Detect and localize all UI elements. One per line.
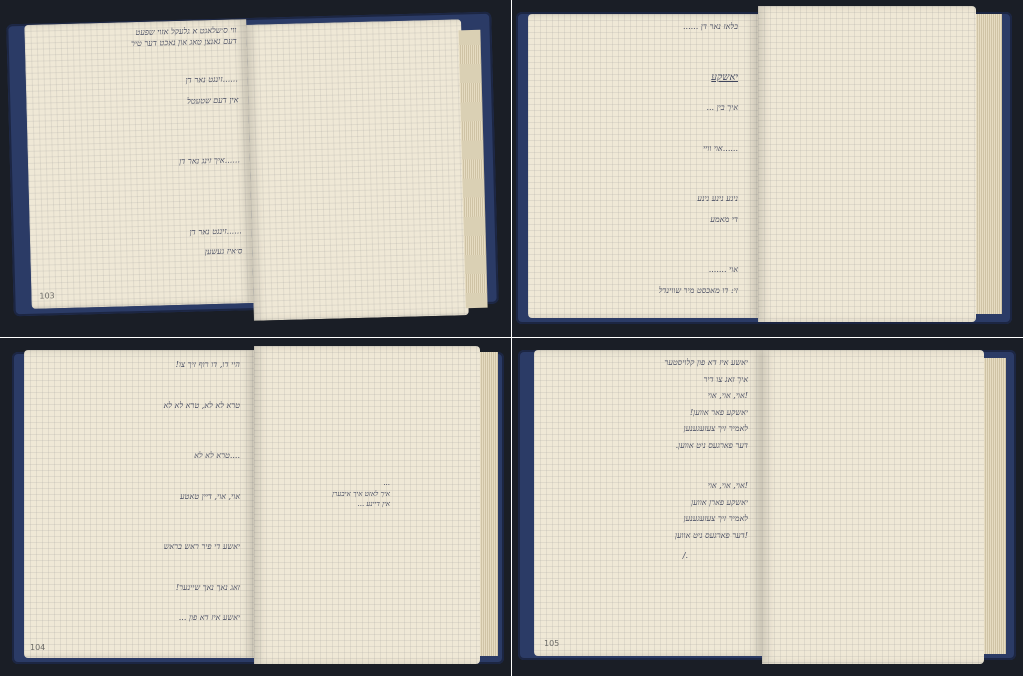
page-number: 103 xyxy=(39,291,55,300)
page-edges xyxy=(480,352,498,656)
photo-bottom-right: יאשע איז דא פון קלויסטער איך זאג צו דיר … xyxy=(512,338,1024,677)
photo-bottom-left: היי דו, דו רוף זיך צו! טרא לא לא, טרא לא… xyxy=(0,338,512,677)
notebook-right-page xyxy=(246,19,469,321)
notebook-left-page: בלאז נאר דן ...... יאשקע איך בין ... ...… xyxy=(528,14,758,318)
notebook-left-page: היי דו, דו רוף זיך צו! טרא לא לא, טרא לא… xyxy=(24,350,254,658)
photo-top-left: ווי ס׳שלאגט א גלעקל אזוי שפעט דעם גאנצן … xyxy=(0,0,512,338)
handwritten-text: ווי ס׳שלאגט א גלעקל אזוי שפעט דעם גאנצן … xyxy=(131,25,243,259)
handwritten-text: היי דו, דו רוף זיך צו! טרא לא לא, טרא לא… xyxy=(163,360,240,624)
photo-top-right: בלאז נאר דן ...... יאשקע איך בין ... ...… xyxy=(512,0,1024,338)
notebook-right-page xyxy=(762,350,984,664)
page-number: 105 xyxy=(544,639,559,648)
handwritten-text: ... איך לאזט איך איבערן אין דיינע ... xyxy=(332,478,390,510)
handwritten-text: בלאז נאר דן ...... יאשקע איך בין ... ...… xyxy=(659,22,738,296)
photo-collage: ווי ס׳שלאגט א גלעקל אזוי שפעט דעם גאנצן … xyxy=(0,0,1024,677)
page-edges xyxy=(976,14,1002,314)
page-edges xyxy=(984,358,1006,654)
notebook-right-page: ... איך לאזט איך איבערן אין דיינע ... xyxy=(254,346,480,664)
handwritten-text: יאשע איז דא פון קלויסטער איך זאג צו דיר … xyxy=(664,358,748,562)
notebook-right-page xyxy=(758,6,976,322)
page-number: 104 xyxy=(30,643,45,652)
song-title: יאשקע xyxy=(659,73,738,84)
notebook-left-page: יאשע איז דא פון קלויסטער איך זאג צו דיר … xyxy=(534,350,762,656)
notebook-left-page: ווי ס׳שלאגט א גלעקל אזוי שפעט דעם גאנצן … xyxy=(24,19,253,309)
